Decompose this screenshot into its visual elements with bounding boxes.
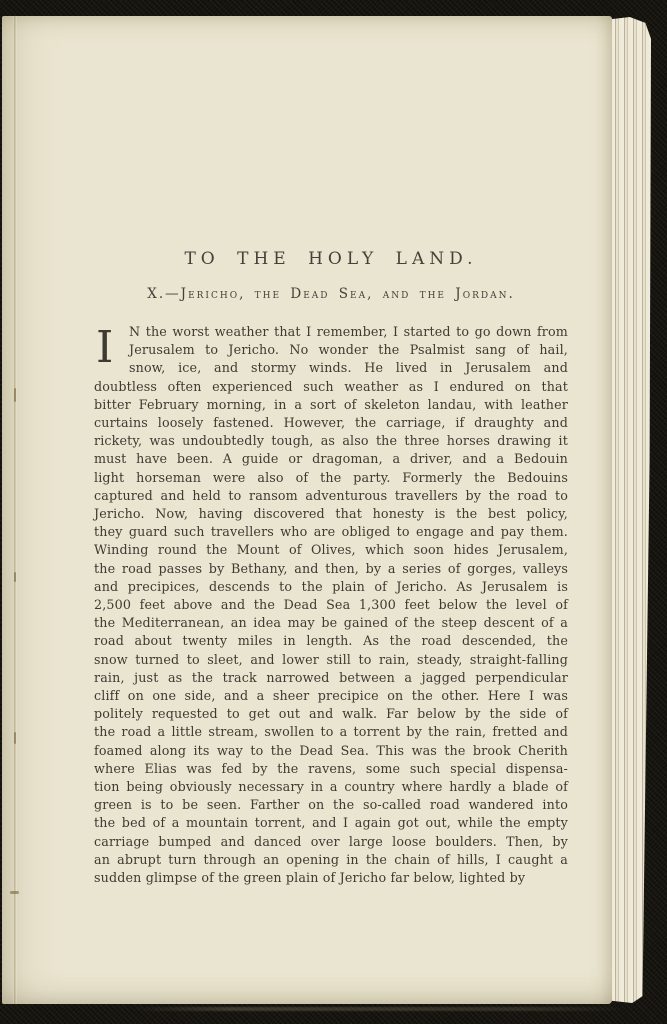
body-text-line: the bed of a mountain torrent, and I aga…	[94, 814, 568, 832]
body-text: I N the worst weather that I remember, I…	[94, 323, 568, 887]
body-text-line: doubtless often experienced such weather…	[94, 378, 568, 396]
body-text-line: Jerusalem to Jericho. No wonder the Psal…	[94, 341, 568, 359]
body-text-line: rickety, was undoubtedly tough, as also …	[94, 432, 568, 450]
body-text-line: bitter February morning, in a sort of sk…	[94, 396, 568, 414]
page-title: TO THE HOLY LAND.	[94, 249, 568, 269]
body-text-line: Jericho. Now, having discovered that hon…	[94, 505, 568, 523]
chapter-heading: X.—Jericho, the Dead Sea, and the Jordan…	[94, 286, 568, 302]
gutter-crease	[13, 16, 17, 1004]
body-text-line: green is to be seen. Farther on the so-c…	[94, 796, 568, 814]
binding-stitch	[14, 572, 16, 582]
body-text-line: the road passes by Bethany, and then, by…	[94, 560, 568, 578]
binding-stitch	[14, 732, 16, 744]
body-text-line: N the worst weather that I remember, I s…	[94, 323, 568, 341]
binding-stitch	[14, 388, 16, 402]
body-text-line: and precipices, descends to the plain of…	[94, 578, 568, 596]
body-text-line: sudden glimpse of the green plain of Jer…	[94, 869, 568, 887]
body-text-line: curtains loosely fastened. However, the …	[94, 414, 568, 432]
binding-stitch	[10, 891, 19, 894]
body-text-line: must have been. A guide or dragoman, a d…	[94, 450, 568, 468]
body-text-line: snow turned to sleet, and lower still to…	[94, 651, 568, 669]
body-text-line: they guard such travellers who are oblig…	[94, 523, 568, 541]
body-text-line: foamed along its way to the Dead Sea. Th…	[94, 742, 568, 760]
body-text-line: rain, just as the track narrowed between…	[94, 669, 568, 687]
body-text-line: snow, ice, and stormy winds. He lived in…	[94, 359, 568, 377]
drop-cap-initial: I	[96, 324, 118, 377]
body-text-line: Winding round the Mount of Olives, which…	[94, 541, 568, 559]
body-text-line: where Elias was fed by the ravens, some …	[94, 760, 568, 778]
body-text-line: captured and held to ransom adventurous …	[94, 487, 568, 505]
body-text-line: cliff on one side, and a sheer precipice…	[94, 687, 568, 705]
body-text-line: an abrupt turn through an opening in the…	[94, 851, 568, 869]
body-text-line: carriage bumped and danced over large lo…	[94, 833, 568, 851]
body-text-line: tion being obviously necessary in a coun…	[94, 778, 568, 796]
body-text-line: politely requested to get out and walk. …	[94, 705, 568, 723]
body-text-line: light horseman were also of the party. F…	[94, 469, 568, 487]
book-page: TO THE HOLY LAND. X.—Jericho, the Dead S…	[2, 16, 612, 1004]
body-text-line: the Mediterranean, an idea may be gained…	[94, 614, 568, 632]
body-text-line: road about twenty miles in length. As th…	[94, 632, 568, 650]
body-text-line: the road a little stream, swollen to a t…	[94, 723, 568, 741]
body-text-line: 2,500 feet above and the Dead Sea 1,300 …	[94, 596, 568, 614]
printed-content: TO THE HOLY LAND. X.—Jericho, the Dead S…	[94, 249, 568, 887]
cover-bottom-edge-highlight	[130, 1007, 627, 1011]
